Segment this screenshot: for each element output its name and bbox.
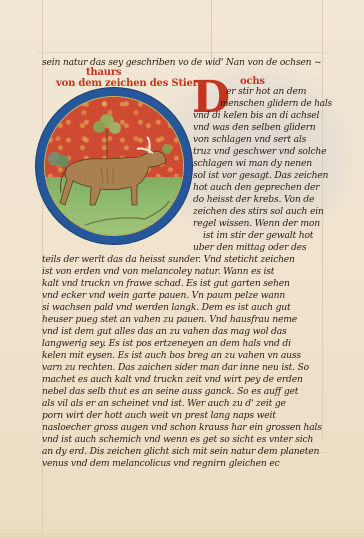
text-line-10: do heisst der krebs. Von de <box>193 194 314 206</box>
text-line-31: an dy erd. Dis zeichen glicht sich mit s… <box>42 446 319 458</box>
text-line-2: menschen glidern de hals <box>220 98 332 110</box>
text-line-3: vnd di kelen bis an di achsel <box>193 110 319 122</box>
text-line-19: si wachsen pald vnd werden langk. Dem es… <box>42 302 291 314</box>
text-line-7: schlagen wi man dy nenen <box>193 158 312 170</box>
text-line-22: langwerig sey. Es ist pos ertzeneyen an … <box>42 338 291 350</box>
text-line-13: ist im stir der gewalt hot <box>203 230 313 242</box>
text-line-15: teils der werlt das da heisst sunder. Vn… <box>42 254 295 266</box>
text-line-23: kelen mit eysen. Es ist auch bos breg an… <box>42 350 301 362</box>
ruling-line-top <box>38 52 328 53</box>
text-line-28: porn wirt der hott auch weit vn prest la… <box>42 410 276 422</box>
text-line-25: machet es auch kalt vnd truckn zeit vnd … <box>42 374 303 386</box>
text-line-32: venus vnd dem melancolicus vnd regnirn g… <box>42 458 280 470</box>
text-line-1: er stir hot an dem <box>226 86 306 98</box>
text-line-9: hot auch den geprechen der <box>193 182 319 194</box>
text-line-20: heuser pueg stet an vahen zu pauen. Vnd … <box>42 314 297 326</box>
taurus-medallion <box>36 88 192 244</box>
text-line-16: ist von erden vnd von melancoley natur. … <box>42 266 274 278</box>
text-line-11: zeichen des stirs sol auch ein <box>193 206 324 218</box>
text-line-4: vnd was den selben glidern <box>193 122 315 134</box>
text-line-5: von schlagen vnd sert als <box>193 134 306 146</box>
text-line-8: sol ist vor gesagt. Das zeichen <box>193 170 328 182</box>
medallion-field <box>44 96 184 236</box>
text-line-29: nasloecher gross augen vnd schon krauss … <box>42 422 322 434</box>
text-line-18: vnd ecker vnd wein garte pauen. Vn paum … <box>42 290 285 302</box>
rubric-subtitle: von dem zeichen des Stiers <box>56 78 203 90</box>
text-line-30: vnd ist auch schemich vnd wenn es get so… <box>42 434 313 446</box>
text-line-21: vnd ist dem gut alles das an zu vahen da… <box>42 326 287 338</box>
page-bottom-edge <box>0 533 364 538</box>
text-line-26: nebel das selb thut es an seine auss gan… <box>42 386 298 398</box>
text-line-14: uber den mittag oder des <box>193 242 306 254</box>
ruling-line-middle <box>211 0 212 60</box>
text-line-27: als vil als er an scheinet vnd ist. Wer … <box>42 398 286 410</box>
text-line-24: varn zu rechten. Das zaichen sider man d… <box>42 362 309 374</box>
text-line-17: kalt vnd truckn vn frawe schad. Es ist g… <box>42 278 290 290</box>
manuscript-page: sein natur das sey geschriben vo de wid'… <box>0 0 364 538</box>
text-line-6: truz vnd geschwer vnd solche <box>193 146 326 158</box>
text-line-12: regel wissen. Wenn der mon <box>193 218 320 230</box>
bull-icon <box>45 97 184 236</box>
top-text-line: sein natur das sey geschriben vo de wid'… <box>42 57 322 69</box>
